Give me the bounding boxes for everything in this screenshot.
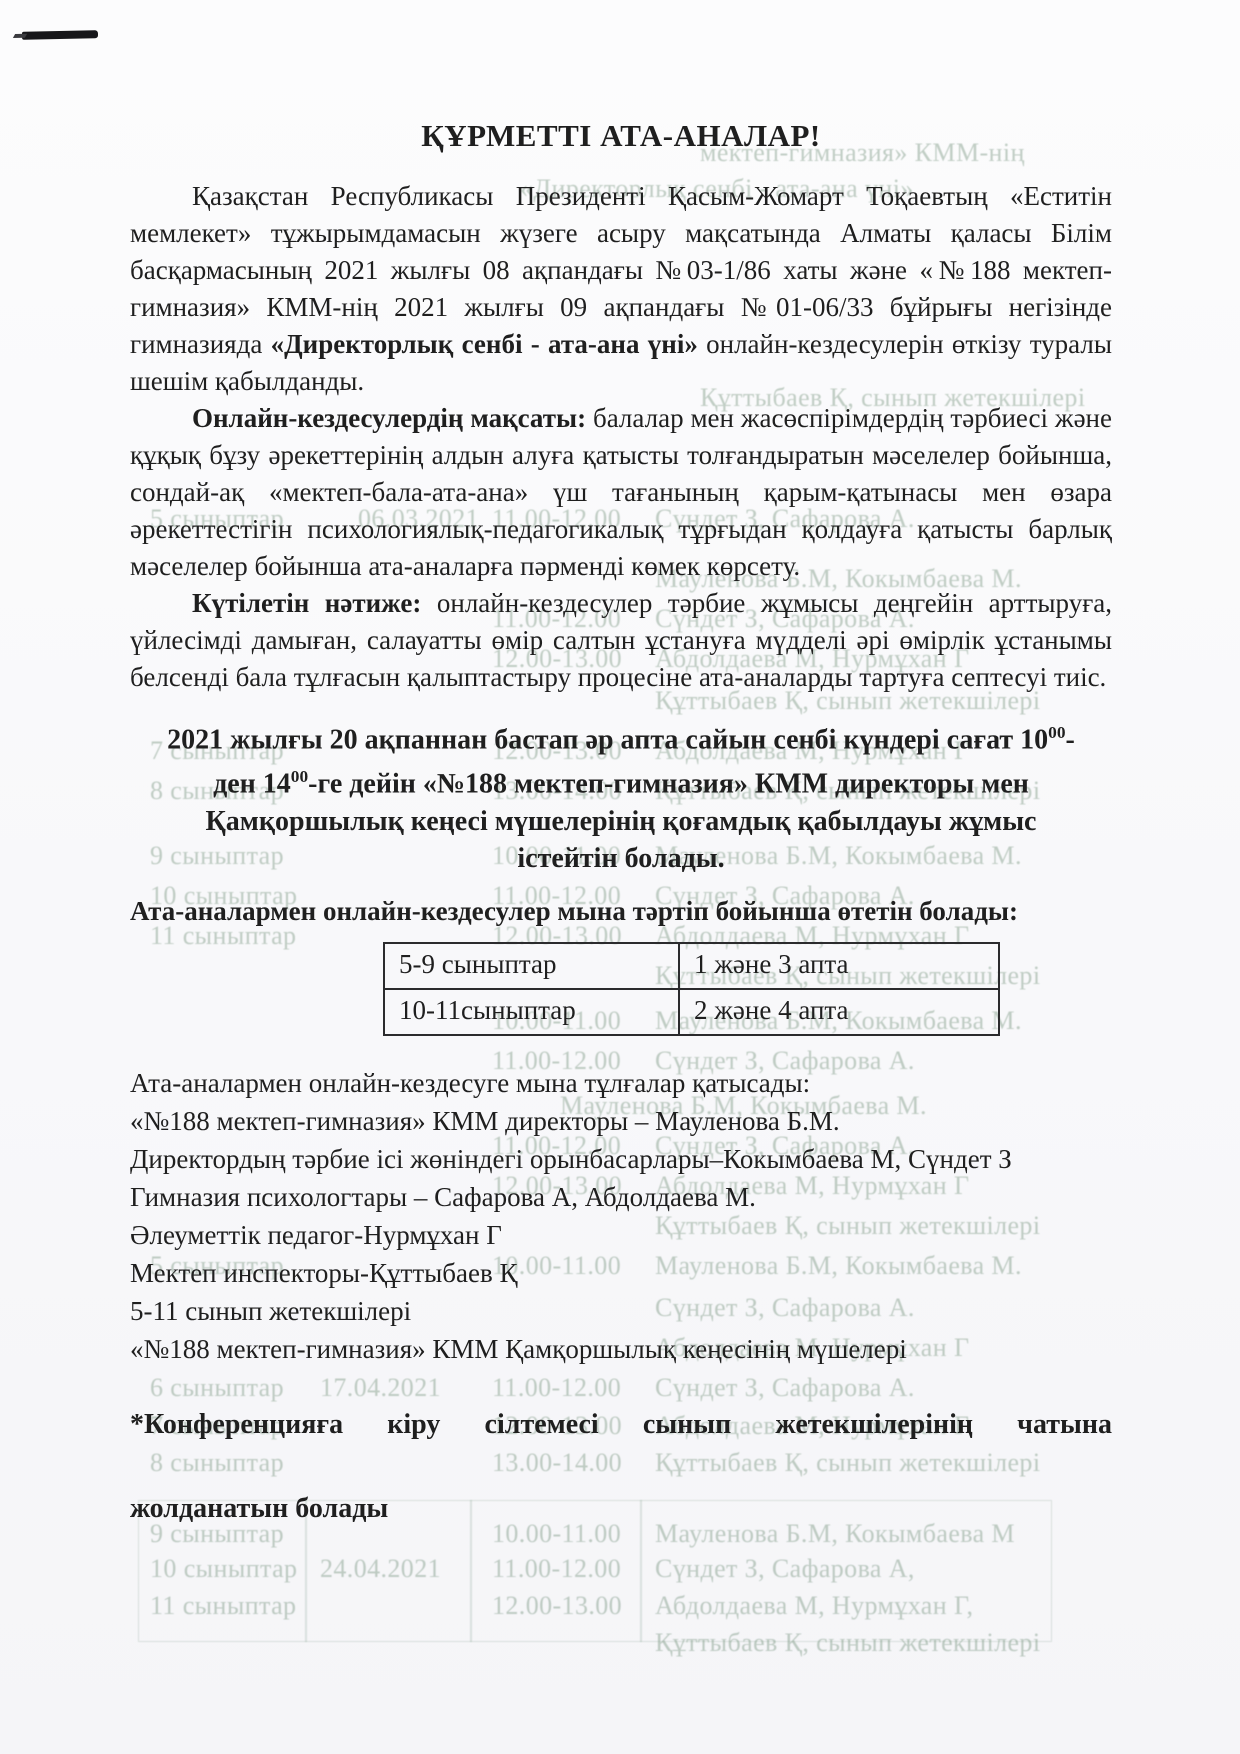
bleedthrough-text-fragment: 24.04.2021	[320, 1556, 441, 1582]
participants-section: Ата-аналармен онлайн-кездесуге мына тұлғ…	[130, 1064, 1112, 1368]
announcement-part3: -ге дейін «№188 мектеп-гимназия» КММ дир…	[206, 769, 1037, 874]
table-cell-weeks: 1 және 3 апта	[679, 943, 999, 989]
paragraph-introduction: Қазақстан Республикасы Президенті Қасым-…	[130, 178, 1112, 400]
bleedthrough-text-fragment: Сүндет З, Сафарова А,	[655, 1556, 915, 1582]
announcement-superscript-2: 00	[291, 767, 308, 786]
document-title: ҚҰРМЕТТІ АТА-АНАЛАР!	[130, 118, 1112, 154]
participant-line: Директордың тәрбие ісі жөніндегі орынбас…	[130, 1140, 1112, 1178]
participant-line: «№188 мектеп-гимназия» КММ директоры – М…	[130, 1102, 1112, 1140]
scanned-document-page: мектеп-гимназия» КММ-нің«Директорлық сен…	[0, 0, 1240, 1754]
participants-heading: Ата-аналармен онлайн-кездесуге мына тұлғ…	[130, 1064, 1112, 1102]
footnote-conference-link: *Конференцияға кіру сілтемесі сынып жете…	[130, 1404, 1112, 1530]
participant-line: Мектеп инспекторы-Құттыбаев Қ	[130, 1254, 1112, 1292]
schedule-intro-line: Ата-аналармен онлайн-кездесулер мына тәр…	[130, 893, 1112, 930]
bleedthrough-text-fragment: 10 сыныптар	[150, 1556, 297, 1582]
schedule-table: 5-9 сыныптар 1 және 3 апта 10-11сыныптар…	[383, 942, 1000, 1036]
bleedthrough-text-fragment: Құттыбаев Қ, сынып жетекшілері	[655, 1630, 1040, 1656]
footnote-line-2: жолданатын болады	[130, 1488, 1112, 1530]
bleedthrough-text-fragment: 11 сыныптар	[150, 1593, 296, 1619]
participant-line: Әлеуметтік педагог-Нурмұхан Г	[130, 1216, 1112, 1254]
table-row: 10-11сыныптар 2 және 4 апта	[384, 989, 999, 1035]
bleedthrough-text-fragment: 11.00-12.00	[492, 1556, 621, 1582]
announcement-part1: 2021 жылғы 20 ақпаннан бастап әр апта са…	[167, 724, 1048, 755]
bleedthrough-text-fragment: Абдолдаева М, Нурмұхан Г,	[655, 1593, 973, 1619]
participant-line: 5-11 сынып жетекшілері	[130, 1292, 1112, 1330]
goal-label-bold: Онлайн-кездесулердің мақсаты:	[192, 403, 586, 433]
table-row: 5-9 сыныптар 1 және 3 апта	[384, 943, 999, 989]
scanner-artifact-mark	[22, 30, 98, 40]
expected-result-label-bold: Күтілетін нәтиже:	[192, 588, 421, 618]
footnote-line-1: *Конференцияға кіру сілтемесі сынып жете…	[130, 1404, 1112, 1488]
table-cell-classes: 10-11сыныптар	[384, 989, 679, 1035]
program-name-bold: «Директорлық сенбі - ата-ана үні»	[271, 329, 698, 359]
participant-line: «№188 мектеп-гимназия» КММ Қамқоршылық к…	[130, 1330, 1112, 1368]
table-cell-classes: 5-9 сыныптар	[384, 943, 679, 989]
bleedthrough-text-fragment: 12.00-13.00	[492, 1593, 622, 1619]
table-cell-weeks: 2 және 4 апта	[679, 989, 999, 1035]
document-content: ҚҰРМЕТТІ АТА-АНАЛАР! Қазақстан Республик…	[130, 0, 1112, 1530]
paragraph-expected-result: Күтілетін нәтиже: онлайн-кездесулер тәрб…	[130, 585, 1112, 696]
announcement-block: 2021 жылғы 20 ақпаннан бастап әр апта са…	[156, 714, 1086, 877]
announcement-superscript-1: 00	[1048, 723, 1065, 742]
paragraph-goal: Онлайн-кездесулердің мақсаты: балалар ме…	[130, 400, 1112, 585]
participant-line: Гимназия психологтары – Сафарова А, Абдо…	[130, 1178, 1112, 1216]
